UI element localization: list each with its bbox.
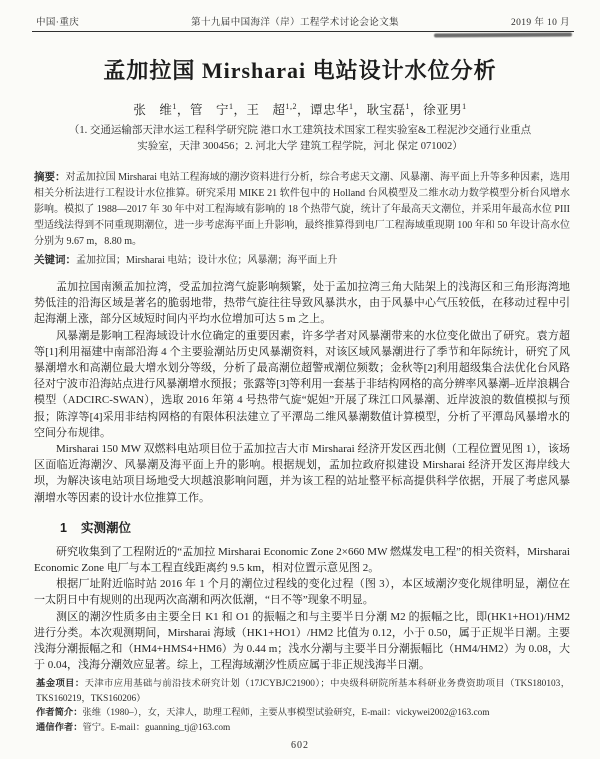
- affiliation: （1. 交通运输部天津水运工程科学研究院 港口水工建筑技术国家工程实验室&工程泥…: [40, 123, 560, 155]
- introduction-section: 孟加拉国南濒孟加拉湾，受孟加拉湾气旋影响频繁，处于孟加拉湾三角大陆架上的浅海区和…: [34, 279, 570, 506]
- corresponding-author-label: 通信作者：: [36, 723, 83, 733]
- section-1-heading: 1实测潮位: [34, 518, 570, 536]
- author: 张 维1，: [133, 103, 190, 117]
- section-paragraph: 研究收集到了工程附近的“孟加拉 Mirsharai Economic Zone …: [34, 544, 570, 576]
- section-title: 实测潮位: [81, 521, 131, 535]
- scan-artifact: [434, 33, 572, 38]
- author-bio-note: 作者简介：张维（1980–），女，天津人，助理工程师，主要从事模型试验研究，E-…: [36, 706, 570, 721]
- corresponding-author-text: 管宁。E-mail：guanning_tj@163.com: [83, 723, 231, 733]
- corresponding-author-note: 通信作者：管宁。E-mail：guanning_tj@163.com: [36, 721, 570, 736]
- author: 管 宁1，: [190, 103, 247, 117]
- intro-paragraph: 风暴潮是影响工程海域设计水位确定的重要因素，许多学者对风暴潮带来的水位变化做出了…: [34, 328, 570, 441]
- author-bio-label: 作者简介：: [36, 708, 83, 718]
- running-header: 中国·重庆 第十九届中国海洋（岸）工程学术讨论会论文集 2019 年 10 月: [36, 14, 570, 28]
- abstract-label: 摘要：: [34, 171, 66, 183]
- paper-title: 孟加拉国 Mirsharai 电站设计水位分析: [20, 54, 580, 85]
- abstract-text: 对孟加拉国 Mirsharai 电站工程海域的潮汐资料进行分析，综合考虑天文潮、…: [34, 172, 570, 247]
- section-paragraph: 测区的潮汐性质多由主要全日 K1 和 O1 的振幅之和与主要半日分潮 M2 的振…: [34, 609, 570, 674]
- intro-paragraph: 孟加拉国南濒孟加拉湾，受孟加拉湾气旋影响频繁，处于孟加拉湾三角大陆架上的浅海区和…: [34, 279, 570, 328]
- affiliation-line-2: 实验室，天津 300456；2. 河北大学 建筑工程学院，河北 保定 07100…: [40, 139, 560, 155]
- intro-paragraph: Mirsharai 150 MW 双燃料电站项目位于孟加拉吉大市 Mirshar…: [34, 441, 570, 506]
- section-paragraph: 根据厂址附近临时站 2016 年 1 个月的潮位过程线的变化过程（图 3），本区…: [34, 576, 570, 608]
- page-footer: 基金项目：天津市应用基础与前沿技术研究计划（17JCYBJC21900）；中央级…: [0, 677, 600, 751]
- funding-label: 基金项目：: [36, 679, 85, 689]
- funding-note: 基金项目：天津市应用基础与前沿技术研究计划（17JCYBJC21900）；中央级…: [36, 677, 570, 706]
- funding-text: 天津市应用基础与前沿技术研究计划（17JCYBJC21900）；中央级科研院所基…: [36, 679, 570, 704]
- footnotes: 基金项目：天津市应用基础与前沿技术研究计划（17JCYBJC21900）；中央级…: [36, 677, 570, 735]
- author-list: 张 维1，管 宁1，王 超1,2，谭忠华1，耿宝磊1，徐亚男1: [0, 100, 600, 118]
- page-number: 602: [0, 740, 600, 751]
- keywords: 关键词：孟加拉国；Mirsharai 电站；设计水位；风暴潮；海平面上升: [34, 252, 570, 269]
- header-rule: [32, 31, 574, 32]
- keywords-text: 孟加拉国；Mirsharai 电站；设计水位；风暴潮；海平面上升: [76, 255, 337, 266]
- affiliation-line-1: （1. 交通运输部天津水运工程科学研究院 港口水工建筑技术国家工程实验室&工程泥…: [40, 123, 560, 139]
- abstract: 摘要：对孟加拉国 Mirsharai 电站工程海域的潮汐资料进行分析，综合考虑天…: [34, 169, 570, 250]
- author: 王 超1,2，: [246, 103, 310, 117]
- scanned-paper-page: 中国·重庆 第十九届中国海洋（岸）工程学术讨论会论文集 2019 年 10 月 …: [0, 0, 600, 759]
- author: 耿宝磊1，: [367, 103, 424, 117]
- keywords-label: 关键词：: [34, 254, 76, 266]
- author: 谭忠华1，: [310, 103, 367, 117]
- author: 徐亚男1: [423, 103, 467, 117]
- author-bio-text: 张维（1980–），女，天津人，助理工程师，主要从事模型试验研究，E-mail：…: [83, 708, 490, 718]
- header-proceedings-title: 第十九届中国海洋（岸）工程学术讨论会论文集: [191, 14, 399, 28]
- header-location: 中国·重庆: [36, 14, 79, 28]
- header-date: 2019 年 10 月: [511, 14, 570, 28]
- section-number: 1: [60, 521, 67, 535]
- section-1-body: 研究收集到了工程附近的“孟加拉 Mirsharai Economic Zone …: [34, 544, 570, 674]
